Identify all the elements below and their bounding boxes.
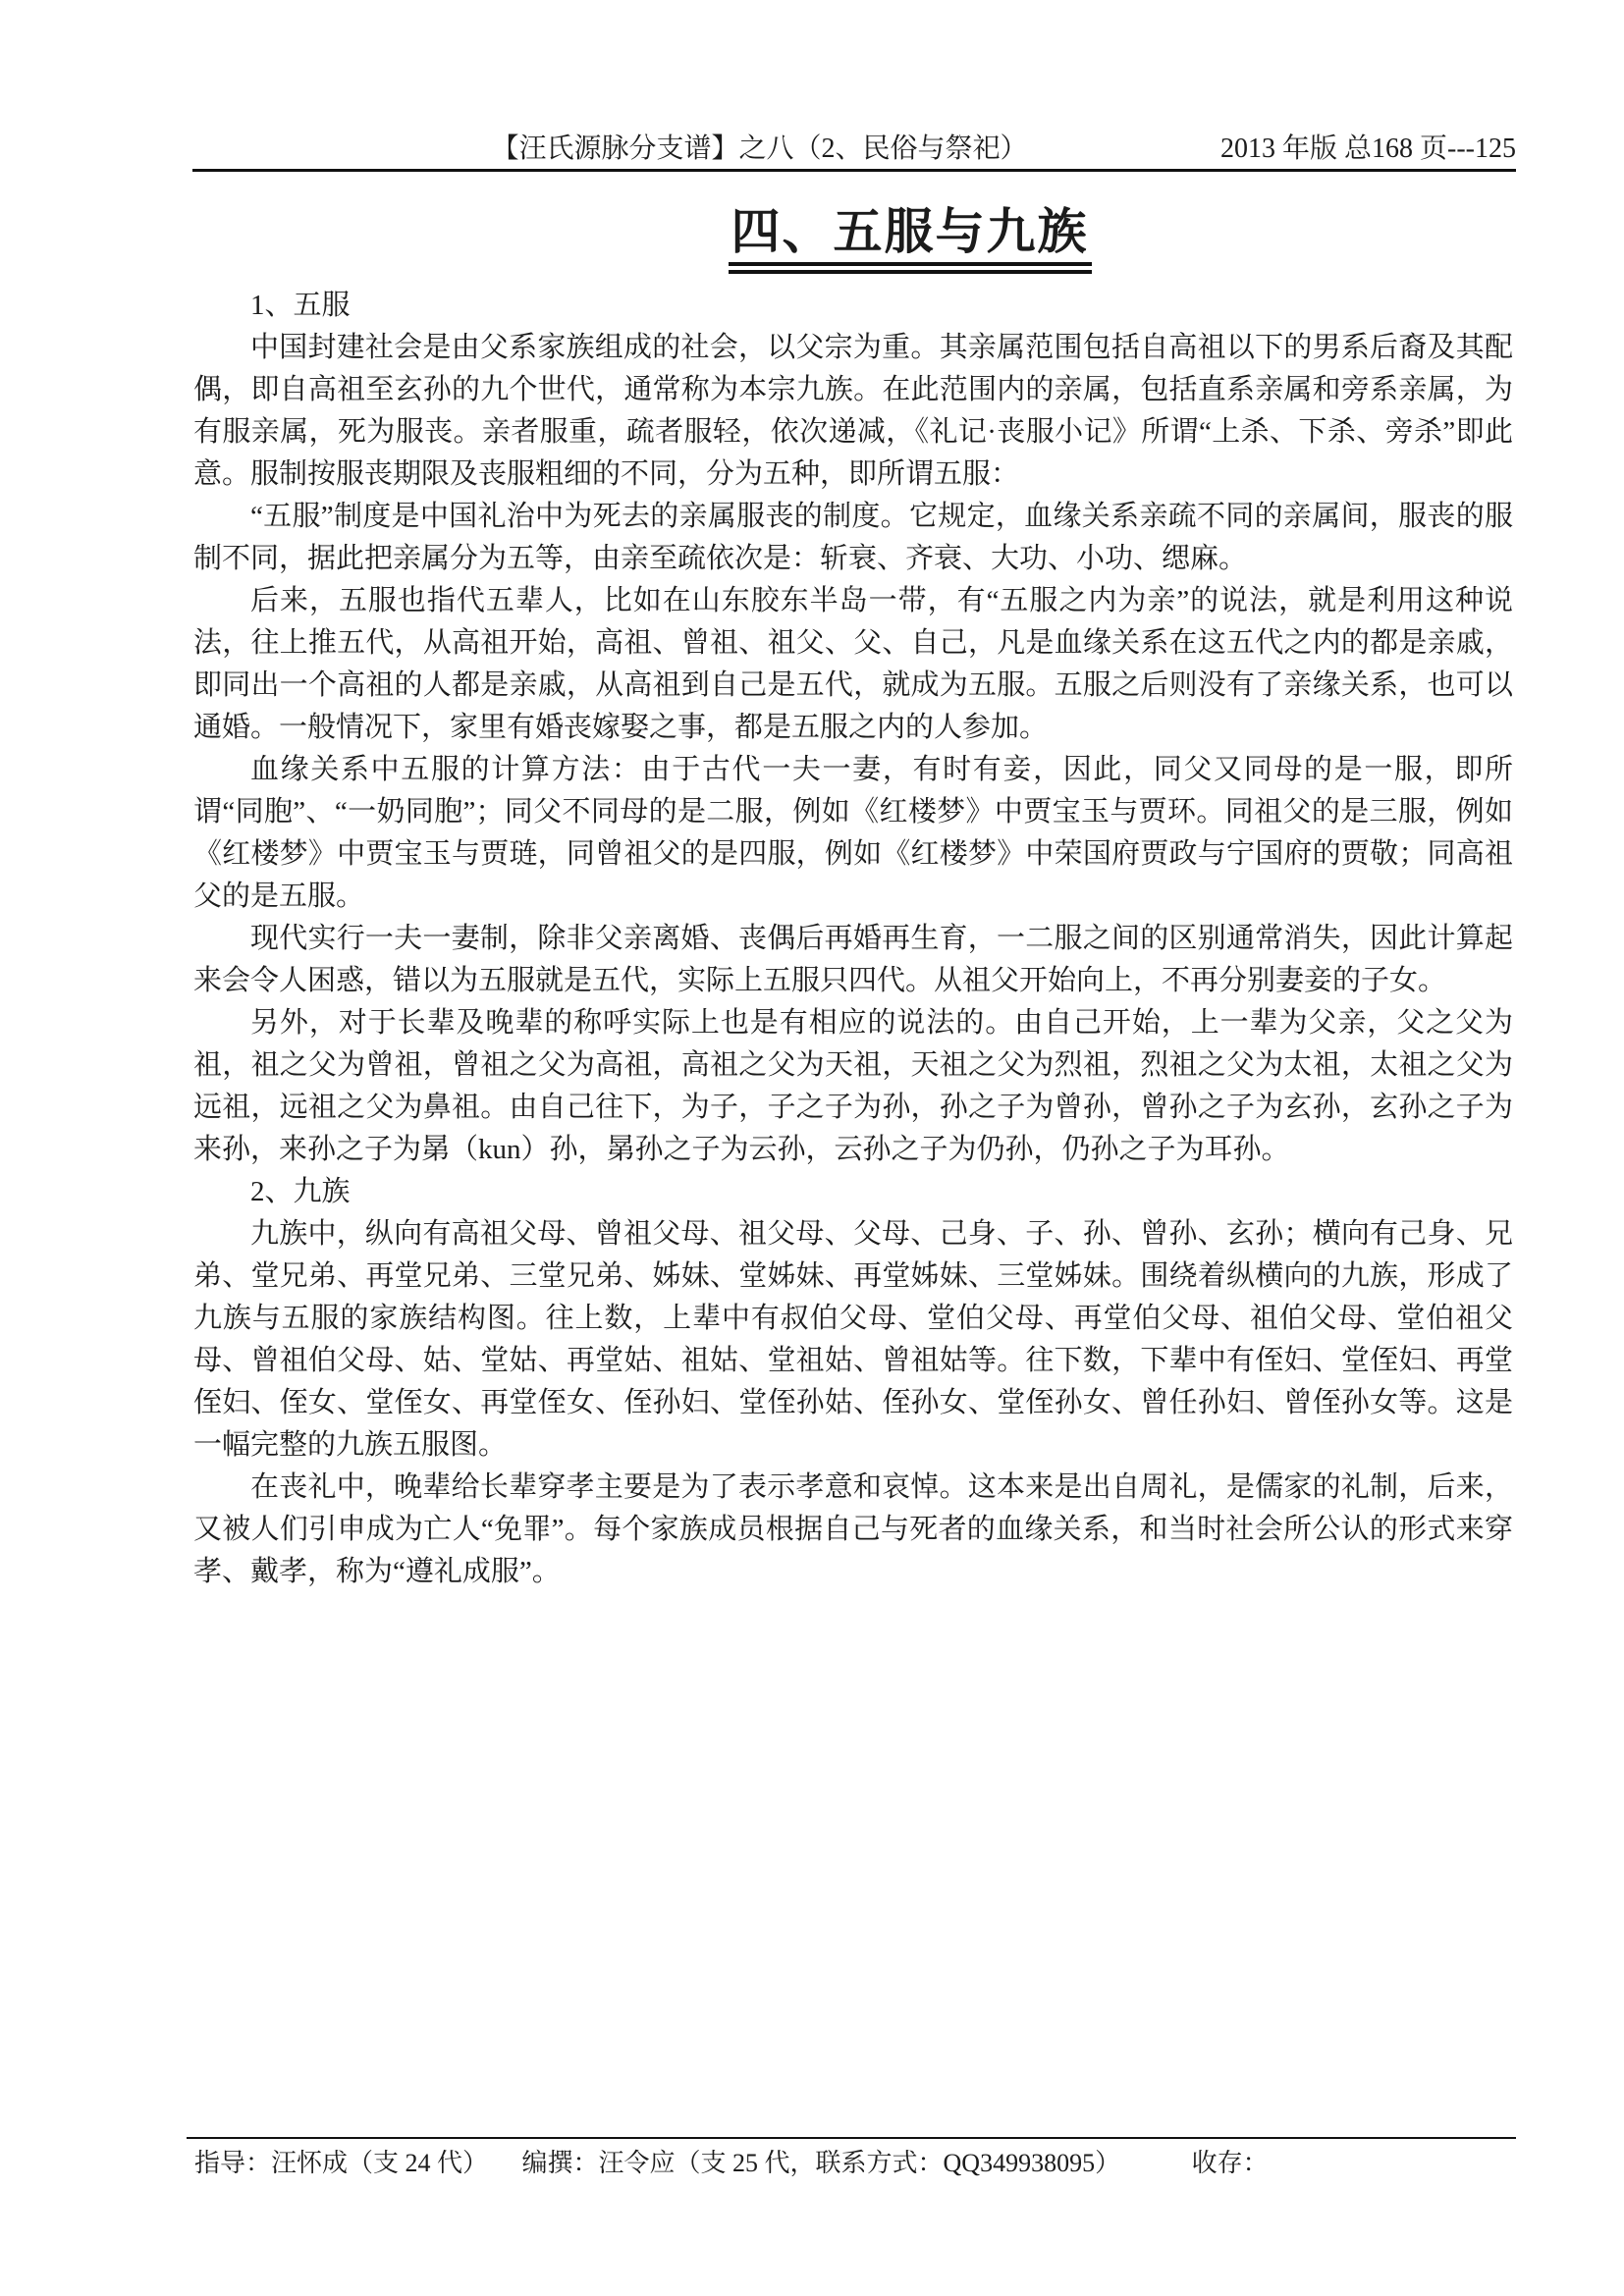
- section-1-paragraph-5: 现代实行一夫一妻制，除非父亲离婚、丧偶后再婚再生育，一二服之间的区别通常消失，因…: [193, 918, 1513, 1002]
- page-title-text: 四、五服与九族: [729, 202, 1092, 274]
- page-header: 【汪氏源脉分支谱】之八（2、民俗与祭祀） 2013 年版 总168 页---12…: [193, 132, 1516, 167]
- header-rule: [192, 169, 1516, 172]
- section-1-heading: 1、五服: [193, 285, 1513, 327]
- section-1-paragraph-3: 后来，五服也指代五辈人，比如在山东胶东半岛一带，有“五服之内为亲”的说法，就是利…: [193, 580, 1513, 749]
- section-2-paragraph-1: 九族中，纵向有高祖父母、曾祖父母、祖父母、父母、己身、子、孙、曾孙、玄孙；横向有…: [193, 1213, 1513, 1467]
- section-2-paragraph-2: 在丧礼中，晚辈给长辈穿孝主要是为了表示孝意和哀悼。这本来是出自周礼，是儒家的礼制…: [193, 1467, 1513, 1593]
- document-body: 1、五服 中国封建社会是由父系家族组成的社会，以父宗为重。其亲属范围包括自高祖以…: [193, 285, 1513, 1593]
- footer-archive-label: 收存：: [1192, 2149, 1269, 2177]
- section-2-heading: 2、九族: [193, 1171, 1513, 1213]
- header-page-info: 2013 年版 总168 页---125: [1220, 132, 1516, 167]
- section-1-paragraph-1: 中国封建社会是由父系家族组成的社会，以父宗为重。其亲属范围包括自高祖以下的男系后…: [193, 327, 1513, 496]
- page-title: 四、五服与九族: [193, 202, 1516, 274]
- header-booklet-title: 【汪氏源脉分支谱】之八（2、民俗与祭祀）: [491, 132, 1027, 167]
- section-1-paragraph-2: “五服”制度是中国礼治中为死去的亲属服丧的制度。它规定，血缘关系亲疏不同的亲属间…: [193, 496, 1513, 580]
- footer-advisor: 指导：汪怀成（支 24 代）: [194, 2149, 488, 2177]
- section-1-paragraph-4: 血缘关系中五服的计算方法：由于古代一夫一妻，有时有妾，因此，同父又同母的是一服，…: [193, 749, 1513, 918]
- footer-editor: 编撰：汪令应（支 25 代，联系方式：QQ349938095）: [522, 2149, 1121, 2177]
- document-page: 【汪氏源脉分支谱】之八（2、民俗与祭祀） 2013 年版 总168 页---12…: [0, 0, 1624, 2296]
- footer-rule: [187, 2137, 1516, 2139]
- page-footer: 指导：汪怀成（支 24 代） 编撰：汪令应（支 25 代，联系方式：QQ3499…: [194, 2146, 1269, 2181]
- section-1-paragraph-6: 另外，对于长辈及晚辈的称呼实际上也是有相应的说法的。由自己开始，上一辈为父亲，父…: [193, 1002, 1513, 1171]
